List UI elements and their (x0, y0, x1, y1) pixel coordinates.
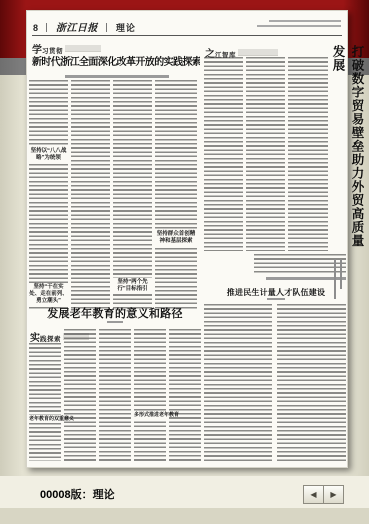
subhead-reform-2: 坚持“干在实处、走在前列、勇立潮头” (29, 283, 68, 306)
previous-page-icon: ◀ (310, 490, 316, 499)
text-column (288, 57, 328, 251)
byline-vertical (340, 259, 342, 289)
dateline-text (269, 20, 341, 22)
header-divider (46, 23, 47, 32)
headline-digital-trade-vertical: 打破数字贸易壁垒助力外贸高质量发展 (328, 45, 366, 253)
subhead-elderly-2: 多形式推进老年教育 (134, 411, 166, 419)
header-rule (32, 35, 342, 36)
text-column (64, 329, 96, 461)
text-block-wide (254, 254, 346, 274)
newspaper-page: 8 浙江日报 理论 学习贯彻 新时代浙江全面深化改革开放的实践探索 坚持以“八八… (26, 10, 348, 468)
byline-elderly-education (107, 321, 123, 323)
text-column (29, 343, 61, 461)
subhead-reform-1: 坚持以“八八战略”为统领 (29, 147, 68, 163)
kicker-rest: 践探索 (40, 336, 61, 343)
epaper-viewer: 8 浙江日报 理论 学习贯彻 新时代浙江全面深化改革开放的实践探索 坚持以“八八… (0, 0, 369, 524)
text-column (246, 57, 285, 251)
subhead-reform-4: 坚持群众首创精神和基层探索 (155, 230, 197, 246)
page-navigation: ◀ ▶ (303, 485, 344, 504)
text-column (113, 80, 152, 309)
page-label: 00008版：理论 (40, 486, 115, 502)
subhead-elderly-1: 老年教育的双重意义 (29, 415, 61, 423)
editor-credit-text (257, 25, 341, 27)
subhead-reform-3: 坚持“两个先行”目标指引 (113, 278, 152, 294)
text-column (71, 80, 110, 309)
kicker-underline (65, 45, 101, 52)
page-number: 8 (33, 23, 38, 33)
headline-elderly-education: 发展老年教育的意义和路径 (29, 305, 201, 321)
text-column (204, 304, 272, 461)
kicker-underline (238, 49, 278, 56)
text-column (134, 329, 166, 461)
previous-page-button[interactable]: ◀ (303, 485, 324, 504)
header-divider (106, 23, 107, 32)
masthead: 浙江日报 (56, 23, 98, 34)
text-column (29, 80, 68, 309)
next-page-button[interactable]: ▶ (323, 485, 344, 504)
headline-metrology: 推进民生计量人才队伍建设 (204, 287, 348, 298)
text-column (204, 57, 243, 251)
page-header: 8 浙江日报 理论 (33, 18, 136, 36)
text-column (169, 329, 201, 461)
bottom-strip (0, 508, 369, 524)
byline-reform (65, 75, 169, 78)
text-column (99, 329, 131, 461)
byline-metrology (267, 298, 285, 300)
text-column (155, 80, 197, 309)
next-page-icon: ▶ (330, 490, 336, 499)
section-name: 理论 (116, 23, 136, 33)
text-column (277, 304, 346, 461)
headline-reform: 新时代浙江全面深化改革开放的实践探索 (32, 53, 200, 68)
